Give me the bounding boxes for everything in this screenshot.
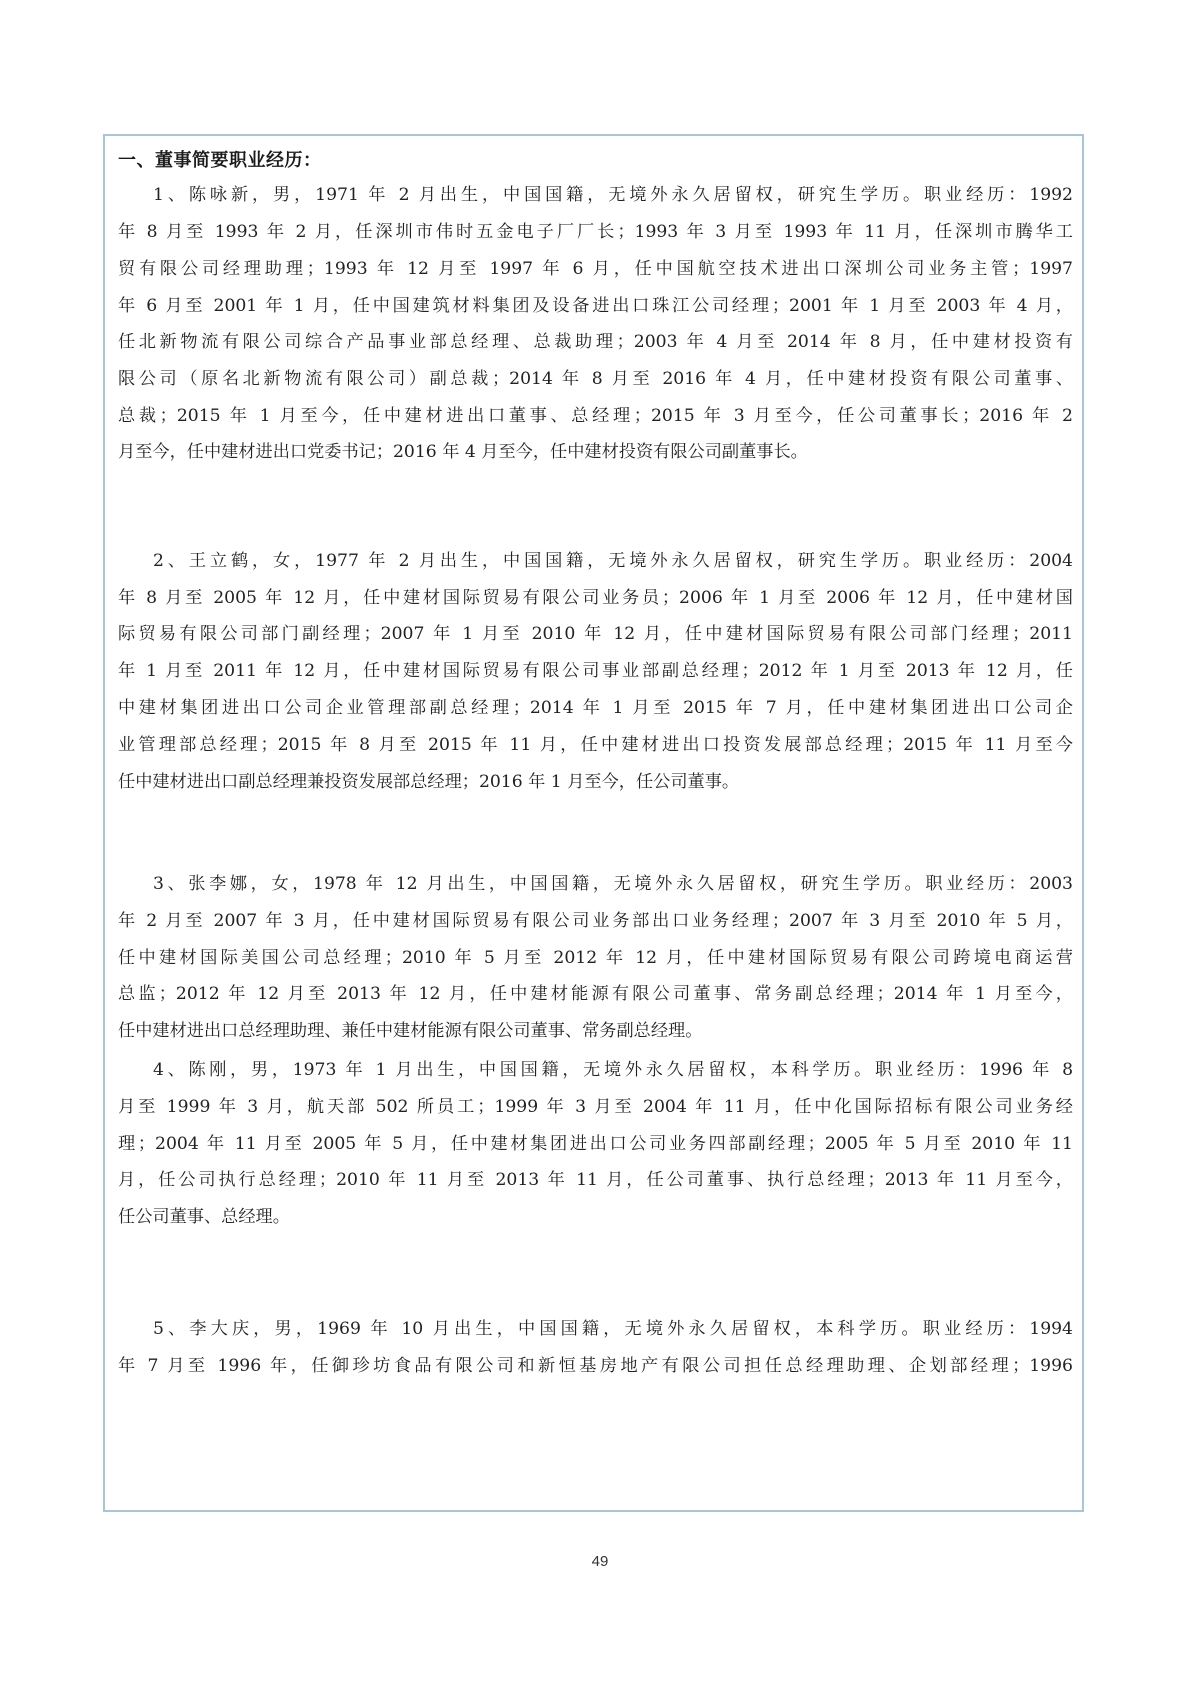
- bio-line: 任中建材进出口副总经理兼投资发展部总经理；2016 年 1 月至今，任公司董事。: [118, 770, 1073, 794]
- bio-line: 任北新物流有限公司综合产品事业部总经理、总裁助理；2003 年 4 月至 201…: [118, 330, 1073, 354]
- bio-line: 理；2004 年 11 月至 2005 年 5 月，任中建材集团进出口公司业务四…: [118, 1132, 1073, 1156]
- bio-line: 任中建材进出口总经理助理、兼任中建材能源有限公司董事、常务副总经理。: [118, 1019, 1073, 1043]
- bio-line: 年 1 月至 2011 年 12 月，任中建材国际贸易有限公司事业部副总经理；2…: [118, 659, 1073, 683]
- bio-line: 中建材集团进出口公司企业管理部副总经理；2014 年 1 月至 2015 年 7…: [118, 696, 1073, 720]
- page-number: 49: [0, 1553, 1200, 1570]
- section-heading: 一、董事简要职业经历：: [118, 146, 322, 172]
- bio-line: 业管理部总经理；2015 年 8 月至 2015 年 11 月，任中建材进出口投…: [118, 733, 1073, 757]
- bio-line: 月至今，任中建材进出口党委书记；2016 年 4 月至今，任中建材投资有限公司副…: [118, 440, 1073, 464]
- bio-line: 年 2 月至 2007 年 3 月，任中建材国际贸易有限公司业务部出口业务经理；…: [118, 909, 1073, 933]
- bio-line: 2、王立鹤，女，1977 年 2 月出生，中国国籍，无境外永久居留权，研究生学历…: [153, 549, 1073, 573]
- bio-line: 年 6 月至 2001 年 1 月，任中国建筑材料集团及设备进出口珠江公司经理；…: [118, 294, 1073, 318]
- bio-line: 际贸易有限公司部门副经理；2007 年 1 月至 2010 年 12 月，任中建…: [118, 622, 1073, 646]
- bio-line: 总裁；2015 年 1 月至今，任中建材进出口董事、总经理；2015 年 3 月…: [118, 404, 1073, 428]
- bio-line: 年 8 月至 1993 年 2 月，任深圳市伟时五金电子厂厂长；1993 年 3…: [118, 220, 1073, 244]
- bio-line: 任中建材国际美国公司总经理；2010 年 5 月至 2012 年 12 月，任中…: [118, 946, 1073, 970]
- bio-line: 限公司（原名北新物流有限公司）副总裁；2014 年 8 月至 2016 年 4 …: [118, 367, 1073, 391]
- bio-line: 5、李大庆，男，1969 年 10 月出生，中国国籍，无境外永久居留权，本科学历…: [153, 1317, 1073, 1341]
- bio-line: 4、陈刚，男，1973 年 1 月出生，中国国籍，无境外永久居留权，本科学历。职…: [153, 1058, 1073, 1082]
- bio-line: 年 8 月至 2005 年 12 月，任中建材国际贸易有限公司业务员；2006 …: [118, 586, 1073, 610]
- bio-line: 贸有限公司经理助理；1993 年 12 月至 1997 年 6 月，任中国航空技…: [118, 257, 1073, 281]
- bio-line: 月，任公司执行总经理；2010 年 11 月至 2013 年 11 月，任公司董…: [118, 1168, 1073, 1192]
- bio-line: 年 7 月至 1996 年，任御珍坊食品有限公司和新恒基房地产有限公司担任总经理…: [118, 1354, 1073, 1378]
- bio-line: 1、陈咏新，男，1971 年 2 月出生，中国国籍，无境外永久居留权，研究生学历…: [153, 183, 1073, 207]
- bio-line: 月至 1999 年 3 月，航天部 502 所员工；1999 年 3 月至 20…: [118, 1095, 1073, 1119]
- bio-line: 3、张李娜，女，1978 年 12 月出生，中国国籍，无境外永久居留权，研究生学…: [153, 872, 1073, 896]
- bio-line: 任公司董事、总经理。: [118, 1205, 1073, 1229]
- bio-line: 总监；2012 年 12 月至 2013 年 12 月，任中建材能源有限公司董事…: [118, 982, 1073, 1006]
